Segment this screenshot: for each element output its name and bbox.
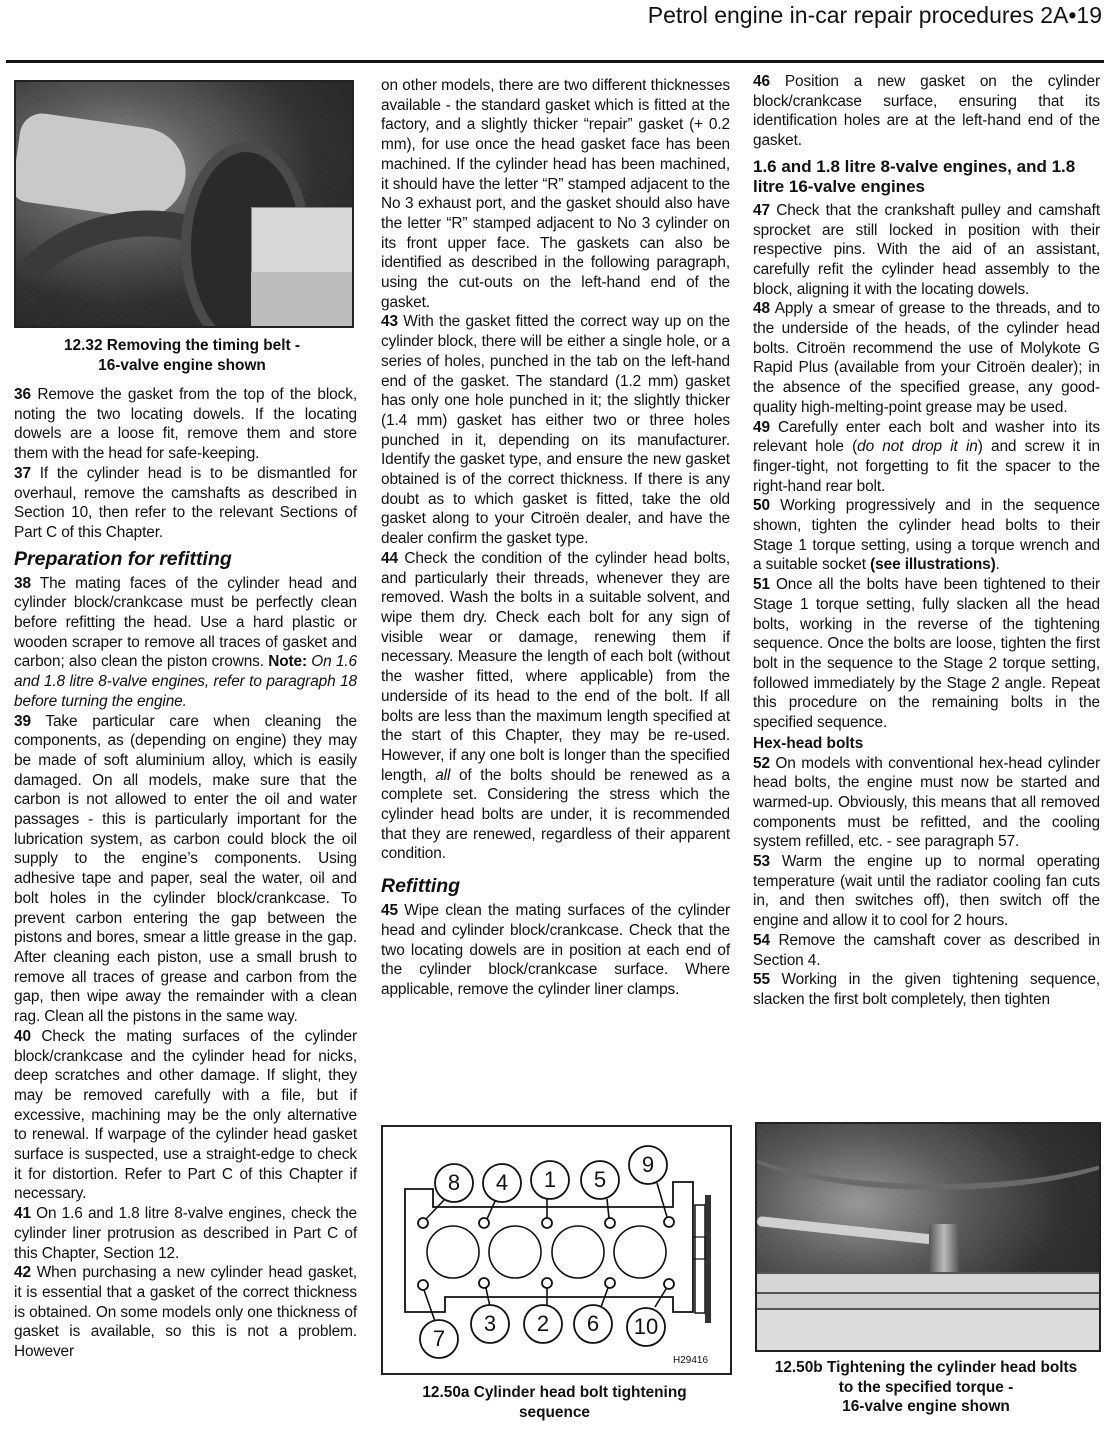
paragraph-text: Take particular care when cleaning the c… xyxy=(14,713,357,1026)
column-2: on other models, there are two different… xyxy=(381,76,730,1000)
paragraph-text: On models with conventional hex-head cyl… xyxy=(753,755,1100,851)
head-rail-shape xyxy=(757,1294,1099,1310)
paragraph-number: 55 xyxy=(753,971,770,988)
section-heading-preparation: Preparation for refitting xyxy=(14,547,357,571)
paragraph-51: 51 Once all the bolts have been tightene… xyxy=(753,575,1100,733)
paragraph-number: 45 xyxy=(381,902,398,919)
figure-code: H29416 xyxy=(673,1355,708,1366)
figure-caption-12-32: 12.32 Removing the timing belt - 16-valv… xyxy=(14,336,350,375)
paragraph-46: 46 Position a new gasket on the cylinder… xyxy=(753,72,1100,151)
header-divider xyxy=(6,60,1104,63)
paragraph-number: 43 xyxy=(381,313,398,330)
paragraph-text: Once all the bolts have been tightened t… xyxy=(753,576,1100,731)
paragraph-48: 48 Apply a smear of grease to the thread… xyxy=(753,299,1100,417)
paragraph-text: Warm the engine up to normal operating t… xyxy=(753,853,1100,929)
caption-line: 16-valve engine shown xyxy=(14,356,350,376)
paragraph-text: Working in the given tightening sequence… xyxy=(753,971,1100,1008)
paragraph-43: 43 With the gasket fitted the correct wa… xyxy=(381,312,730,548)
paragraph-45: 45 Wipe clean the mating surfaces of the… xyxy=(381,901,730,1000)
paragraph-number: 52 xyxy=(753,755,770,772)
head-face-shape xyxy=(757,1310,1099,1350)
paragraph-41: 41 On 1.6 and 1.8 litre 8-valve engines,… xyxy=(14,1204,357,1263)
paragraph-38: 38 The mating faces of the cylinder head… xyxy=(14,574,357,712)
paragraph-42-continued: on other models, there are two different… xyxy=(381,76,730,312)
paragraph-36: 36 Remove the gasket from the top of the… xyxy=(14,385,357,464)
bolt-label: 2 xyxy=(533,1311,553,1337)
paragraph-text: . xyxy=(996,556,1000,573)
paragraph-number: 39 xyxy=(14,713,31,730)
figure-caption-12-50a: 12.50a Cylinder head bolt tightening seq… xyxy=(381,1383,728,1422)
bolt-label: 9 xyxy=(638,1152,658,1178)
paragraph-53: 53 Warm the engine up to normal operatin… xyxy=(753,852,1100,931)
paragraph-text: Remove the gasket from the top of the bl… xyxy=(14,386,357,462)
paragraph-55: 55 Working in the given tightening seque… xyxy=(753,970,1100,1009)
paragraph-text: Wipe clean the mating surfaces of the cy… xyxy=(381,902,730,998)
bonnet-arc-shape xyxy=(755,1122,1101,1190)
page-title: Petrol engine in-car repair procedures 2… xyxy=(648,2,1102,29)
paragraph-52: 52 On models with conventional hex-head … xyxy=(753,754,1100,853)
paragraph-number: 38 xyxy=(14,575,31,592)
head-rail-shape xyxy=(757,1272,1099,1294)
caption-line: sequence xyxy=(381,1403,728,1423)
paragraph-number: 44 xyxy=(381,550,398,567)
hand-shape xyxy=(14,111,191,224)
figure-12-50b: 12.50b Tightening the cylinder head bolt… xyxy=(755,1122,1105,1417)
paragraph-39: 39 Take particular care when cleaning th… xyxy=(14,712,357,1027)
paragraph-number: 46 xyxy=(753,73,770,90)
section-heading-refitting: Refitting xyxy=(381,874,730,898)
bolt-label: 10 xyxy=(631,1314,661,1340)
paragraph-number: 47 xyxy=(753,202,770,219)
paragraph-42: 42 When purchasing a new cylinder head g… xyxy=(14,1263,357,1362)
emphasis-text: all xyxy=(435,767,450,784)
paragraph-text: Check the mating surfaces of the cylinde… xyxy=(14,1028,357,1203)
engine-casting-shape xyxy=(251,272,354,328)
paragraph-text: If the cylinder head is to be dismantled… xyxy=(14,465,357,541)
paragraph-number: 54 xyxy=(753,932,770,949)
paragraph-50: 50 Working progressively and in the sequ… xyxy=(753,496,1100,575)
paragraph-text: On 1.6 and 1.8 litre 8-valve engines, ch… xyxy=(14,1205,357,1261)
paragraph-number: 36 xyxy=(14,386,31,403)
note-label: Note: xyxy=(268,653,307,670)
paragraph-text: Check the condition of the cylinder head… xyxy=(381,550,730,784)
column-1: 12.32 Removing the timing belt - 16-valv… xyxy=(14,70,357,1362)
paragraph-text: With the gasket fitted the correct way u… xyxy=(381,313,730,547)
paragraph-40: 40 Check the mating surfaces of the cyli… xyxy=(14,1027,357,1204)
paragraph-number: 53 xyxy=(753,853,770,870)
section-heading-engines: 1.6 and 1.8 litre 8-valve engines, and 1… xyxy=(753,157,1100,197)
paragraph-text: When purchasing a new cylinder head gask… xyxy=(14,1264,357,1360)
figure-12-50a: 8 4 1 5 9 7 3 2 6 10 H29416 12.50a Cylin… xyxy=(381,1125,733,1422)
bolt-label: 5 xyxy=(590,1167,610,1193)
paragraph-37: 37 If the cylinder head is to be dismant… xyxy=(14,464,357,543)
paragraph-47: 47 Check that the crankshaft pulley and … xyxy=(753,201,1100,300)
paragraph-number: 37 xyxy=(14,465,31,482)
paragraph-54: 54 Remove the camshaft cover as describe… xyxy=(753,931,1100,970)
paragraph-number: 42 xyxy=(14,1264,31,1281)
photo-torque-wrench xyxy=(755,1122,1101,1352)
photo-timing-belt-removal xyxy=(14,80,354,328)
bolt-label: 6 xyxy=(583,1311,603,1337)
paragraph-44: 44 Check the condition of the cylinder h… xyxy=(381,549,730,864)
bolt-label: 4 xyxy=(492,1170,512,1196)
bolt-sequence-diagram: 8 4 1 5 9 7 3 2 6 10 H29416 xyxy=(381,1125,732,1375)
paragraph-text: Check that the crankshaft pulley and cam… xyxy=(753,202,1100,298)
paragraph-number: 48 xyxy=(753,300,770,317)
caption-line: 16-valve engine shown xyxy=(755,1397,1097,1417)
column-3: 46 Position a new gasket on the cylinder… xyxy=(753,72,1100,1010)
paragraph-number: 50 xyxy=(753,497,770,514)
figure-caption-12-50b: 12.50b Tightening the cylinder head bolt… xyxy=(755,1358,1097,1417)
caption-line: 12.32 Removing the timing belt - xyxy=(14,336,350,356)
section-heading-hexhead: Hex-head bolts xyxy=(753,734,1100,754)
caption-line: to the specified torque - xyxy=(755,1378,1097,1398)
bolt-label: 7 xyxy=(429,1326,449,1352)
bolt-label: 8 xyxy=(444,1170,464,1196)
wrench-bar-shape xyxy=(756,1216,936,1245)
paragraph-number: 41 xyxy=(14,1205,31,1222)
emphasis-text: do not drop it in xyxy=(857,438,978,455)
caption-line: 12.50a Cylinder head bolt tightening xyxy=(381,1383,728,1403)
bolt-label: 1 xyxy=(540,1167,560,1193)
paragraph-text: Apply a smear of grease to the threads, … xyxy=(753,300,1100,416)
paragraph-number: 51 xyxy=(753,576,770,593)
paragraph-number: 40 xyxy=(14,1028,31,1045)
caption-line: 12.50b Tightening the cylinder head bolt… xyxy=(755,1358,1097,1378)
bolt-label: 3 xyxy=(480,1311,500,1337)
page-header: Petrol engine in-car repair procedures 2… xyxy=(0,0,1112,62)
illustration-reference: (see illustrations) xyxy=(870,556,996,573)
paragraph-number: 49 xyxy=(753,419,770,436)
paragraph-text: Position a new gasket on the cylinder bl… xyxy=(753,73,1100,149)
paragraph-49: 49 Carefully enter each bolt and washer … xyxy=(753,418,1100,497)
paragraph-text: Remove the camshaft cover as described i… xyxy=(753,932,1100,969)
